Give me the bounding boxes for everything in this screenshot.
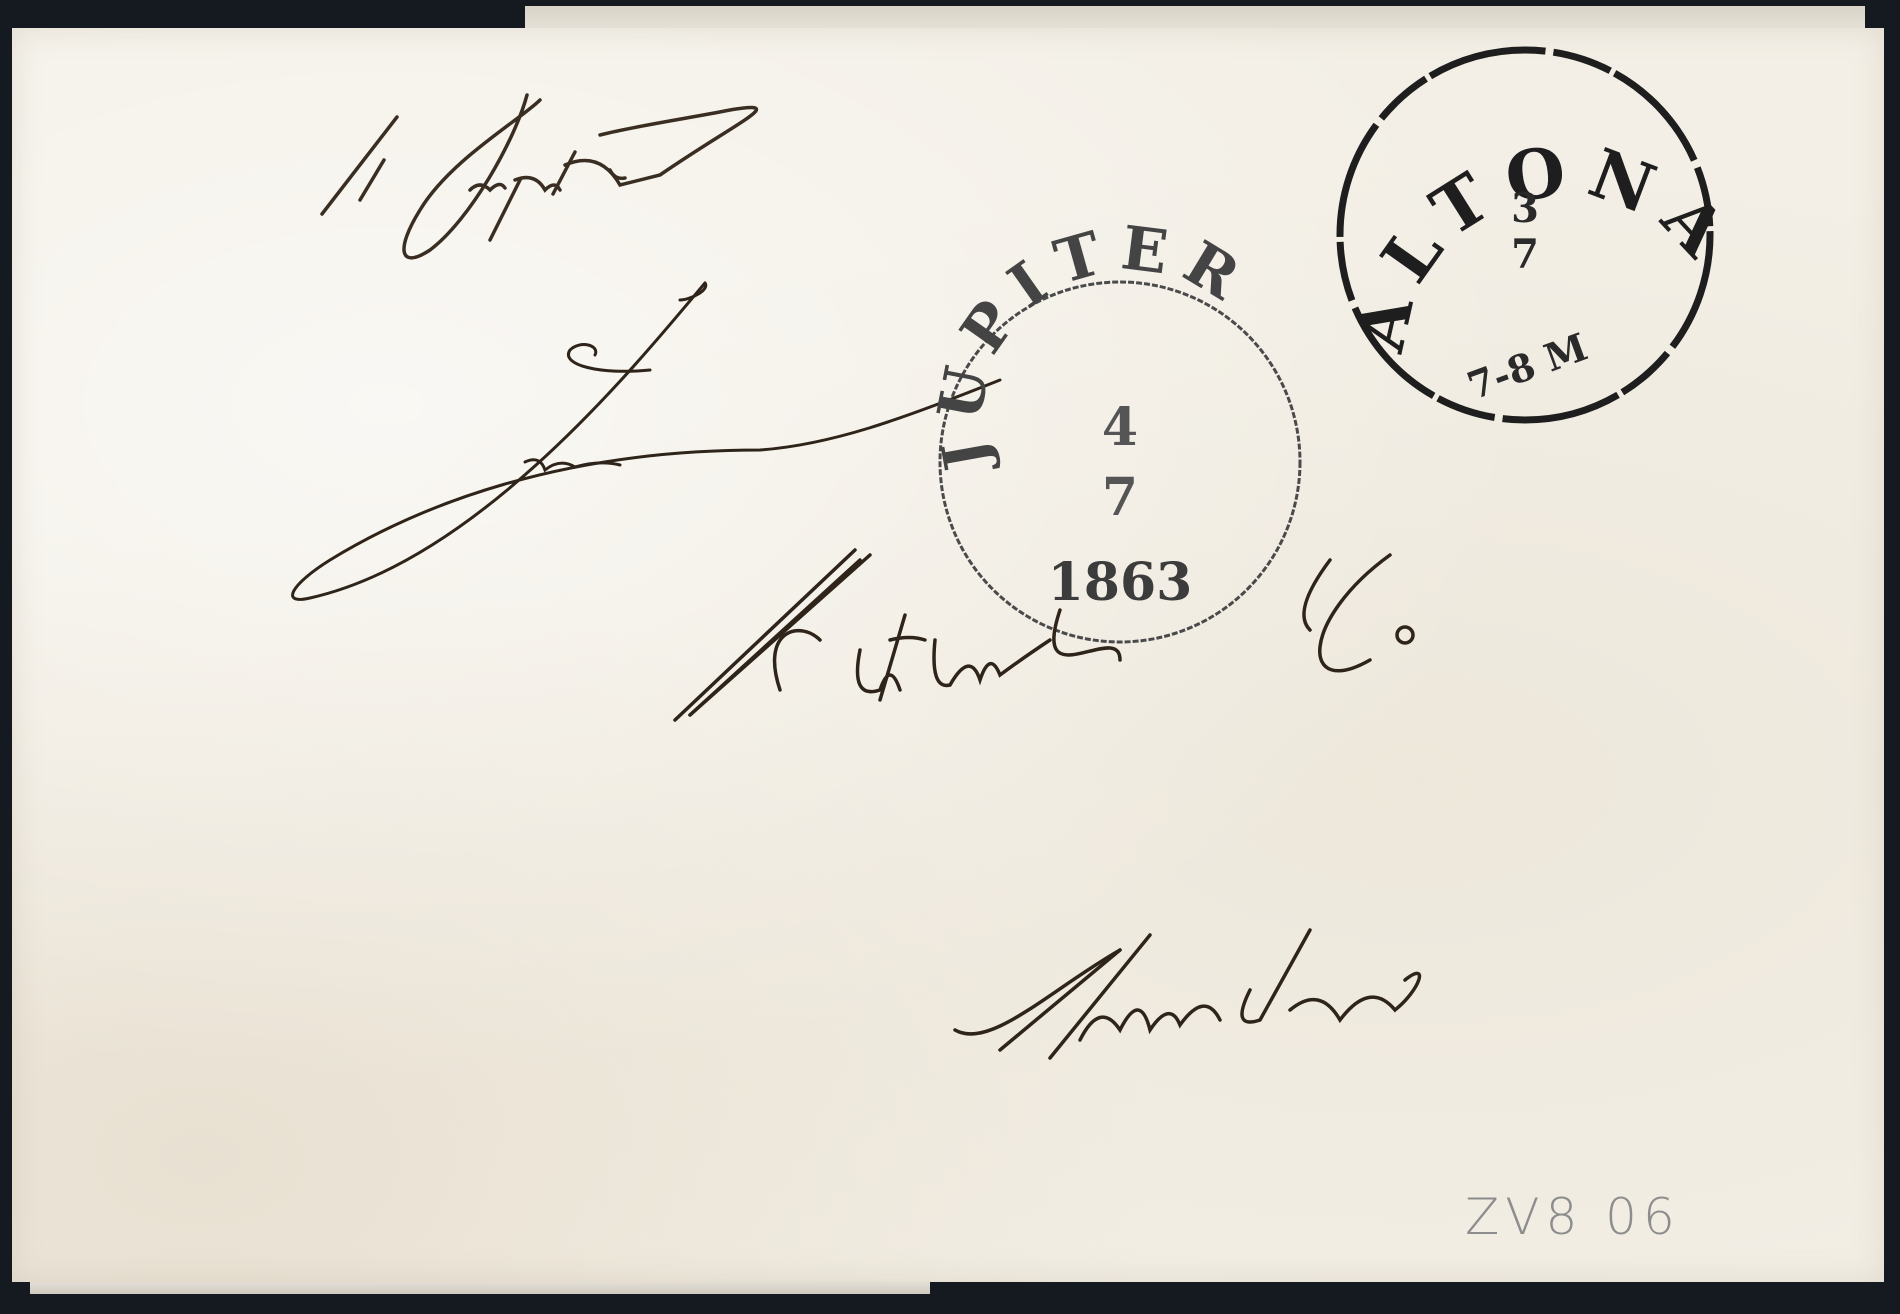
- altona-postmark-day: 3: [1511, 185, 1539, 232]
- altona-postmark-month: 7: [1511, 231, 1539, 278]
- svg-text:JUPITER: JUPITER: [925, 213, 1263, 480]
- altona-postmark-time: 7-8 M: [1461, 324, 1593, 409]
- ship-endorsement-handwriting: [322, 95, 756, 258]
- destination-handwriting: [955, 930, 1419, 1058]
- jupiter-postmark: JUPITER 4 7 1863: [925, 213, 1300, 642]
- jupiter-postmark-month: 7: [1102, 467, 1138, 528]
- altona-postmark: ALTONA 3 7 7-8 M: [1340, 50, 1752, 420]
- cover-markings: JUPITER 4 7 1863 ALTONA 3 7 7-8 M: [0, 0, 1900, 1314]
- addressee-handwriting: [675, 550, 1413, 720]
- jupiter-postmark-name: JUPITER: [925, 213, 1263, 480]
- pencil-catalog-note: ZV8 06: [1465, 1188, 1681, 1246]
- jupiter-postmark-day: 4: [1102, 397, 1138, 458]
- jupiter-postmark-year: 1863: [1048, 552, 1193, 613]
- salutation-handwriting: [293, 283, 1000, 599]
